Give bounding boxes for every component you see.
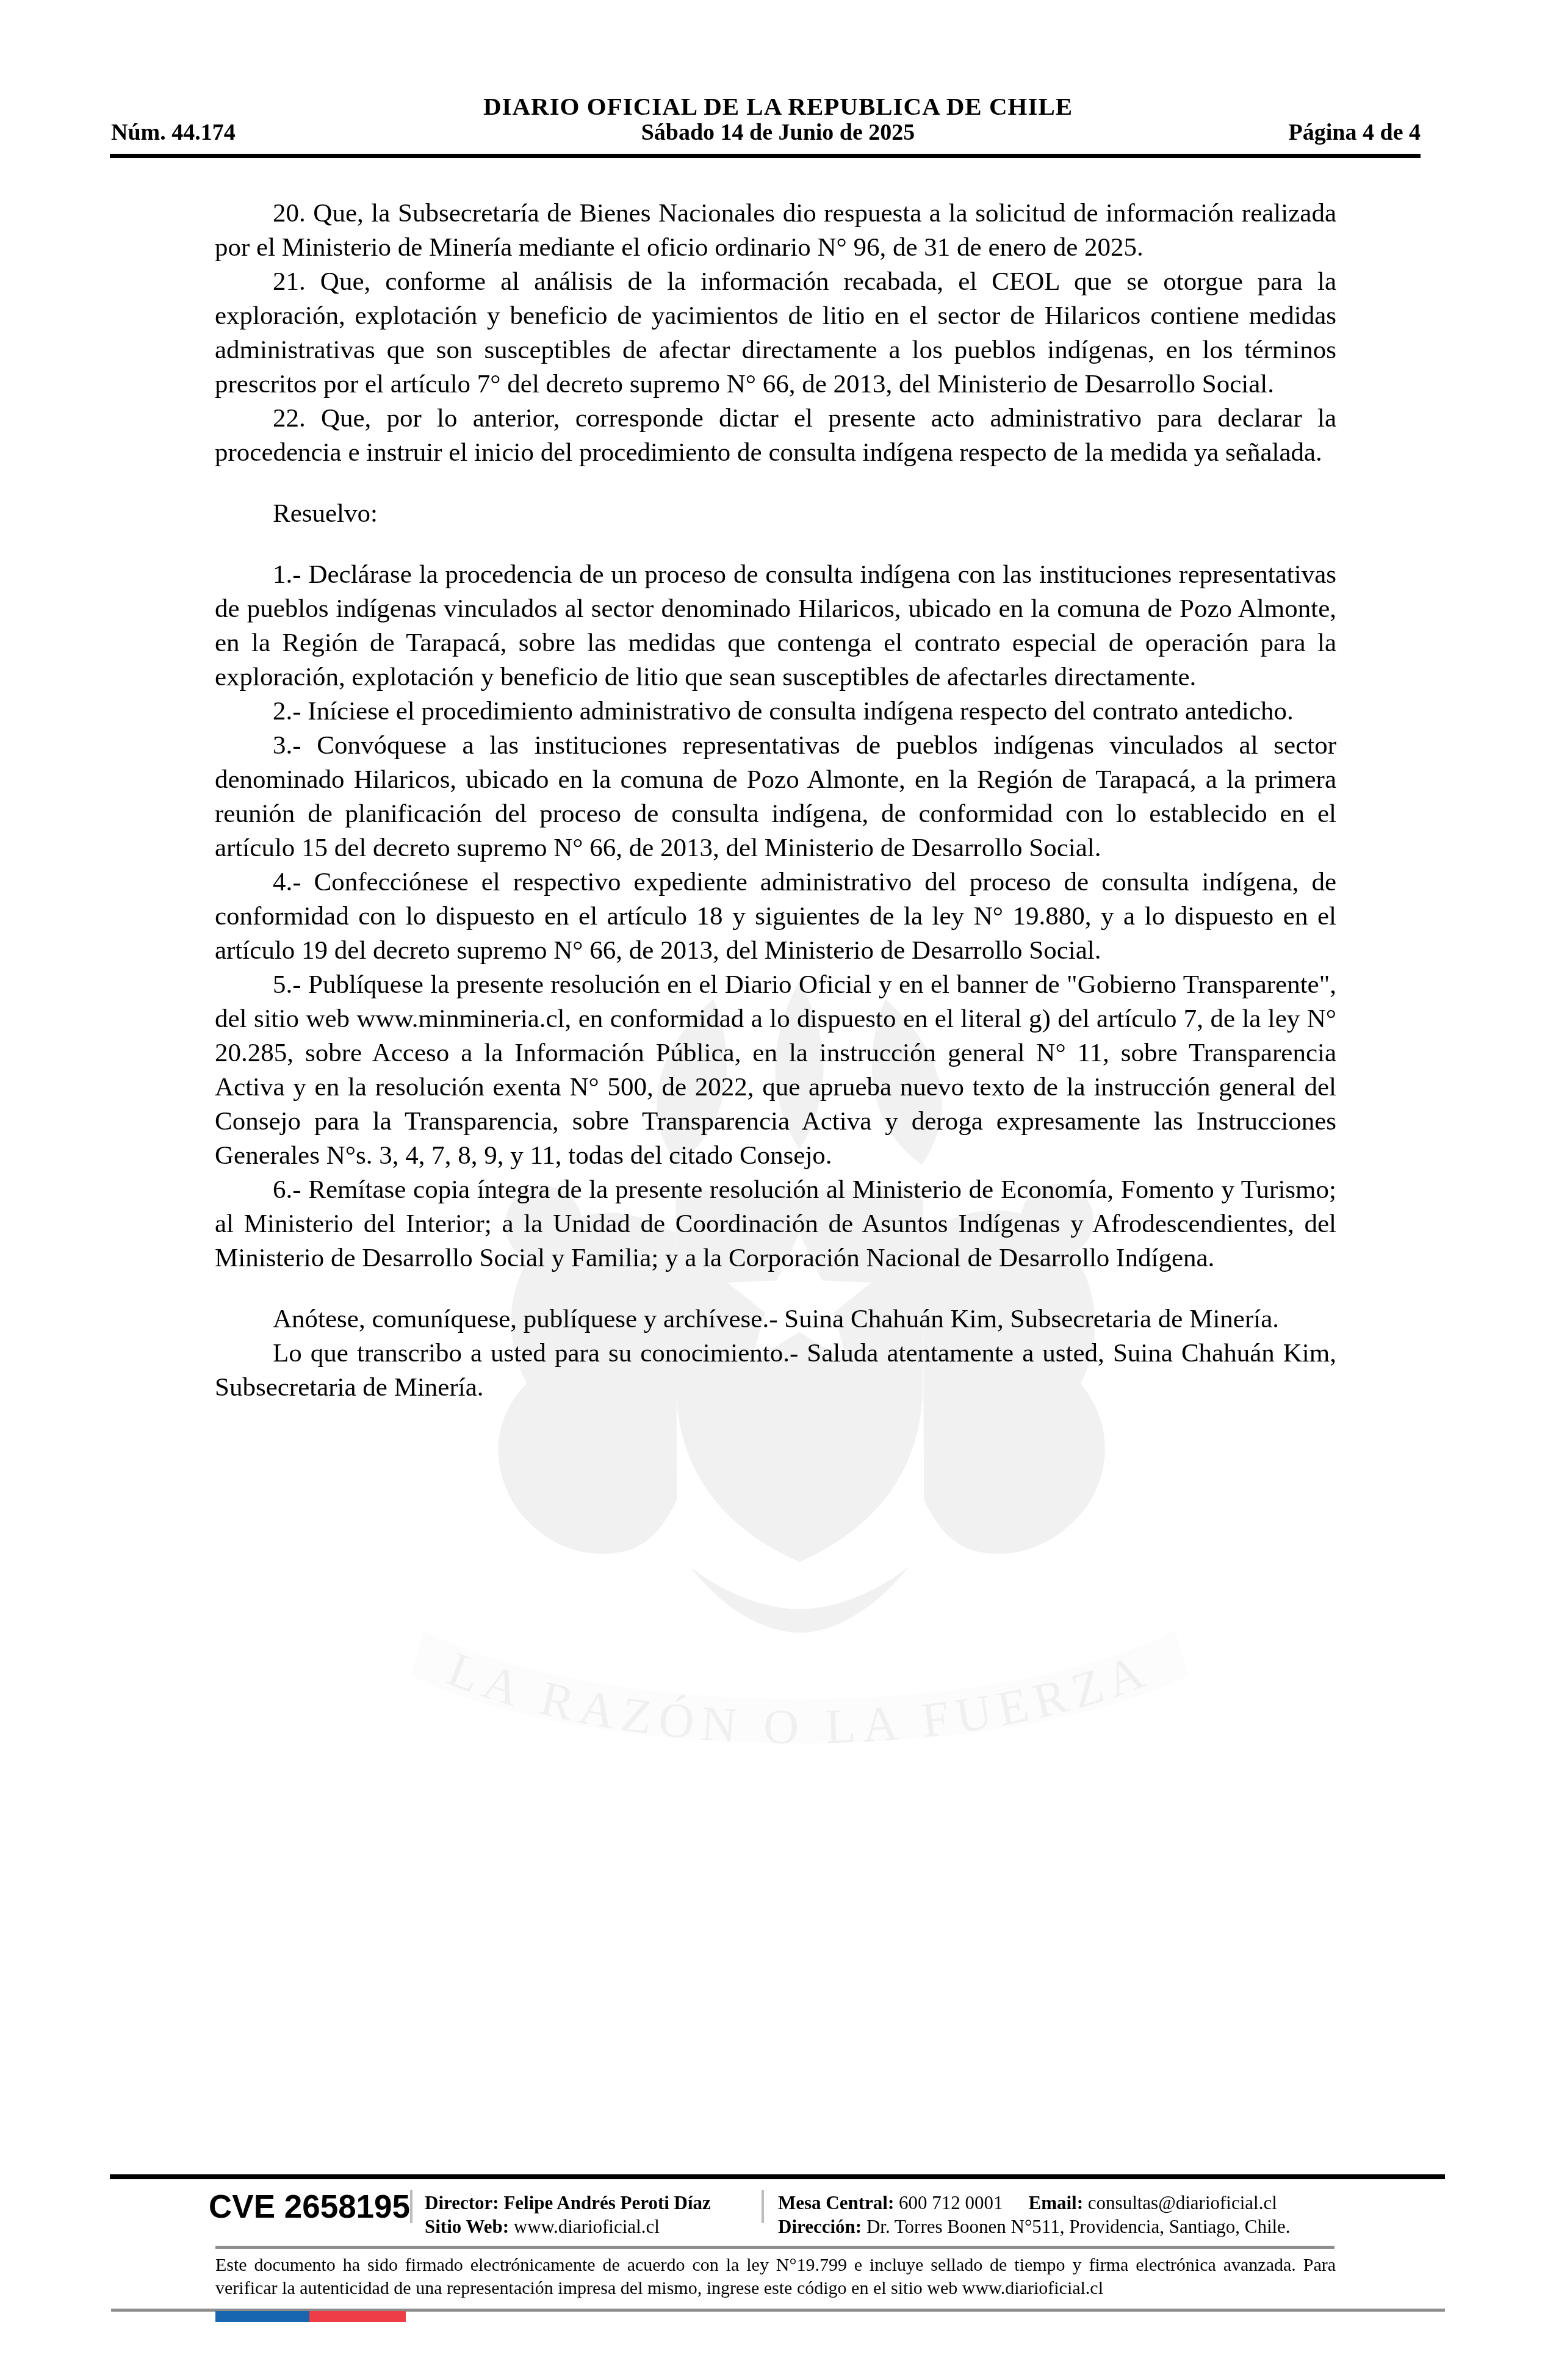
considerando-22: 22. Que, por lo anterior, corresponde di… xyxy=(215,402,1336,470)
flag-blue-block xyxy=(215,2311,309,2322)
resolution-text: 20. Que, la Subsecretaría de Bienes Naci… xyxy=(215,197,1336,1405)
director-label: Director: xyxy=(425,2192,499,2213)
considerando-21: 21. Que, conforme al análisis de la info… xyxy=(215,265,1336,402)
cve-code: CVE 2658195 xyxy=(209,2188,410,2226)
direccion-line: Dirección: Dr. Torres Boonen N°511, Prov… xyxy=(778,2215,1291,2238)
email-label: Email: xyxy=(1029,2192,1084,2213)
flag-red-block xyxy=(309,2311,406,2322)
resolutivo-1: 1.- Declárase la procedencia de un proce… xyxy=(215,558,1336,694)
closing-anotese: Anótese, comuníquese, publíquese y archí… xyxy=(215,1302,1336,1336)
page-indicator: Página 4 de 4 xyxy=(1289,119,1421,146)
sitio-web-label: Sitio Web: xyxy=(425,2216,509,2237)
diario-oficial-page: { "header": { "newspaper_title": "DIARIO… xyxy=(0,0,1556,2380)
resuelvo-heading: Resuelvo: xyxy=(215,497,1336,531)
email-address: consultas@diarioficial.cl xyxy=(1088,2192,1277,2213)
considerando-20: 20. Que, la Subsecretaría de Bienes Naci… xyxy=(215,197,1336,265)
newspaper-title: DIARIO OFICIAL DE LA REPUBLICA DE CHILE xyxy=(0,92,1556,121)
mesa-central-label: Mesa Central: xyxy=(778,2192,894,2213)
resolutivo-6: 6.- Remítase copia íntegra de la present… xyxy=(215,1173,1336,1275)
sitio-web-url: www.diarioficial.cl xyxy=(514,2216,660,2237)
mesa-central-line: Mesa Central: 600 712 0001Email: consult… xyxy=(778,2191,1291,2215)
footer-divider-2 xyxy=(762,2190,764,2223)
footer-contact-column: Mesa Central: 600 712 0001Email: consult… xyxy=(778,2191,1291,2238)
director-name: Felipe Andrés Peroti Díaz xyxy=(503,2192,711,2213)
resolutivo-4: 4.- Confecciónese el respectivo expedien… xyxy=(215,865,1336,968)
footer-director-column: Director: Felipe Andrés Peroti Díaz Siti… xyxy=(425,2191,711,2238)
direccion-value: Dr. Torres Boonen N°511, Providencia, Sa… xyxy=(866,2216,1291,2237)
closing-transcripcion: Lo que transcribo a usted para su conoci… xyxy=(215,1336,1336,1405)
legal-notice: Este documento ha sido firmado electróni… xyxy=(215,2254,1336,2300)
direccion-label: Dirección: xyxy=(778,2216,862,2237)
resolutivo-2: 2.- Iníciese el procedimiento administra… xyxy=(215,694,1336,729)
footer-gray-rule-top xyxy=(215,2246,1334,2249)
header-rule xyxy=(110,154,1421,158)
watermark-motto: LA RAZÓN O LA FUERZA xyxy=(441,1642,1158,1755)
chile-flag xyxy=(215,2311,406,2322)
director-line: Director: Felipe Andrés Peroti Díaz xyxy=(425,2191,711,2215)
svg-text:LA RAZÓN O LA FUERZA: LA RAZÓN O LA FUERZA xyxy=(441,1642,1158,1755)
mesa-central-phone: 600 712 0001 xyxy=(899,2192,1003,2213)
resolutivo-5: 5.- Publíquese la presente resolución en… xyxy=(215,968,1336,1173)
resolutivo-3: 3.- Convóquese a las instituciones repre… xyxy=(215,729,1336,865)
sitio-web-line: Sitio Web: www.diarioficial.cl xyxy=(425,2215,711,2238)
footer-divider-1 xyxy=(410,2190,412,2223)
footer-top-rule xyxy=(110,2174,1445,2179)
